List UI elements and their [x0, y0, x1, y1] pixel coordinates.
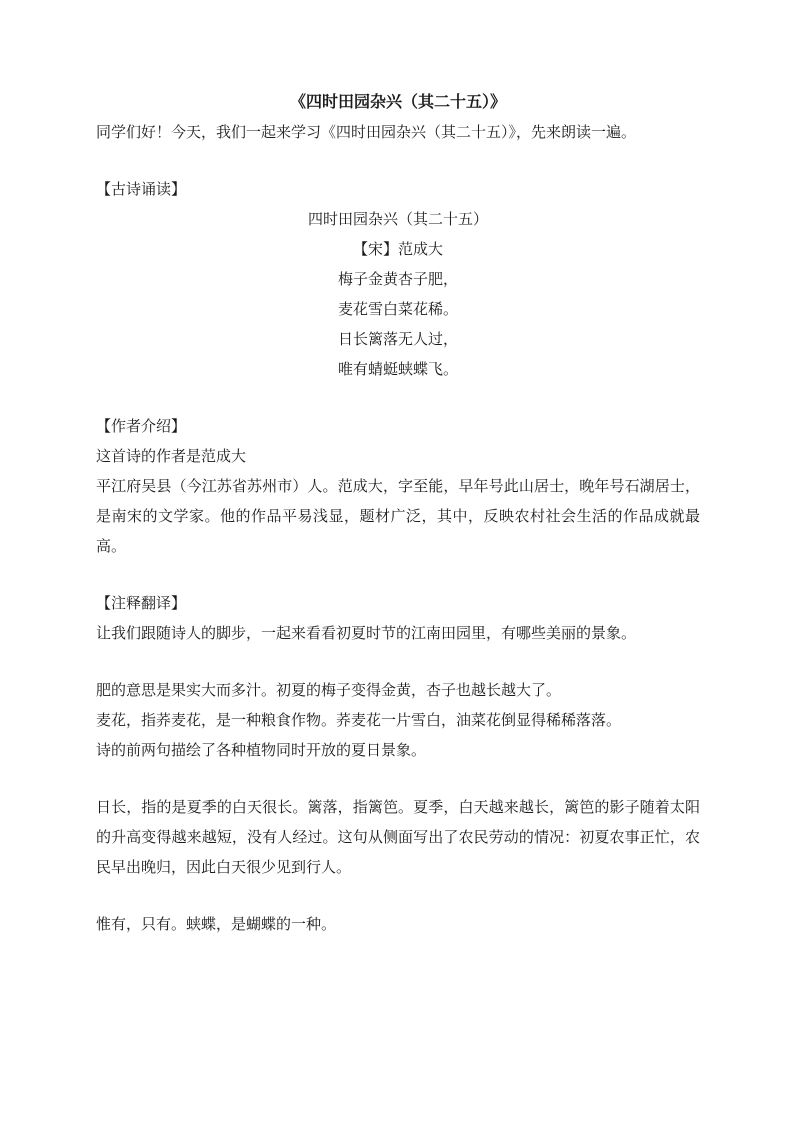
- poem-line-2: 麦花雪白菜花稀。: [96, 294, 700, 324]
- author-intro-line: 这首诗的作者是范成大: [96, 441, 700, 471]
- notes-first-couplet-paragraph: 诗的前两句描绘了各种植物同时开放的夏日景象。: [96, 735, 700, 765]
- notes-weiyou-paragraph: 惟有，只有。蛱蝶，是蝴蝶的一种。: [96, 909, 700, 939]
- poem-line-3: 日长篱落无人过，: [96, 324, 700, 354]
- poem-author: 【宋】范成大: [96, 234, 700, 264]
- section-heading-author: 【作者介绍】: [96, 411, 700, 441]
- intro-paragraph: 同学们好！今天，我们一起来学习《四时田园杂兴（其二十五）》，先来朗读一遍。: [96, 117, 700, 147]
- document-page: 《四时田园杂兴（其二十五）》 同学们好！今天，我们一起来学习《四时田园杂兴（其二…: [0, 0, 794, 1123]
- author-bio-paragraph: 平江府吴县（今江苏省苏州市）人。范成大，字至能，早年号此山居士，晚年号石湖居士，…: [96, 471, 700, 561]
- notes-maihua-paragraph: 麦花，指荞麦花，是一种粮食作物。荞麦花一片雪白，油菜花倒显得稀稀落落。: [96, 705, 700, 735]
- section-heading-notes: 【注释翻译】: [96, 588, 700, 618]
- notes-richang-paragraph: 日长，指的是夏季的白天很长。篱落，指篱笆。夏季，白天越来越长，篱笆的影子随着太阳…: [96, 792, 700, 882]
- poem-block: 四时田园杂兴（其二十五） 【宋】范成大 梅子金黄杏子肥， 麦花雪白菜花稀。 日长…: [96, 204, 700, 384]
- poem-line-4: 唯有蜻蜓蛱蝶飞。: [96, 354, 700, 384]
- document-title: 《四时田园杂兴（其二十五）》: [96, 87, 700, 117]
- poem-line-1: 梅子金黄杏子肥，: [96, 264, 700, 294]
- notes-overview-paragraph: 让我们跟随诗人的脚步，一起来看看初夏时节的江南田园里，有哪些美丽的景象。: [96, 618, 700, 648]
- notes-fei-paragraph: 肥的意思是果实大而多汁。初夏的梅子变得金黄，杏子也越长越大了。: [96, 675, 700, 705]
- poem-title: 四时田园杂兴（其二十五）: [96, 204, 700, 234]
- section-heading-recite: 【古诗诵读】: [96, 174, 700, 204]
